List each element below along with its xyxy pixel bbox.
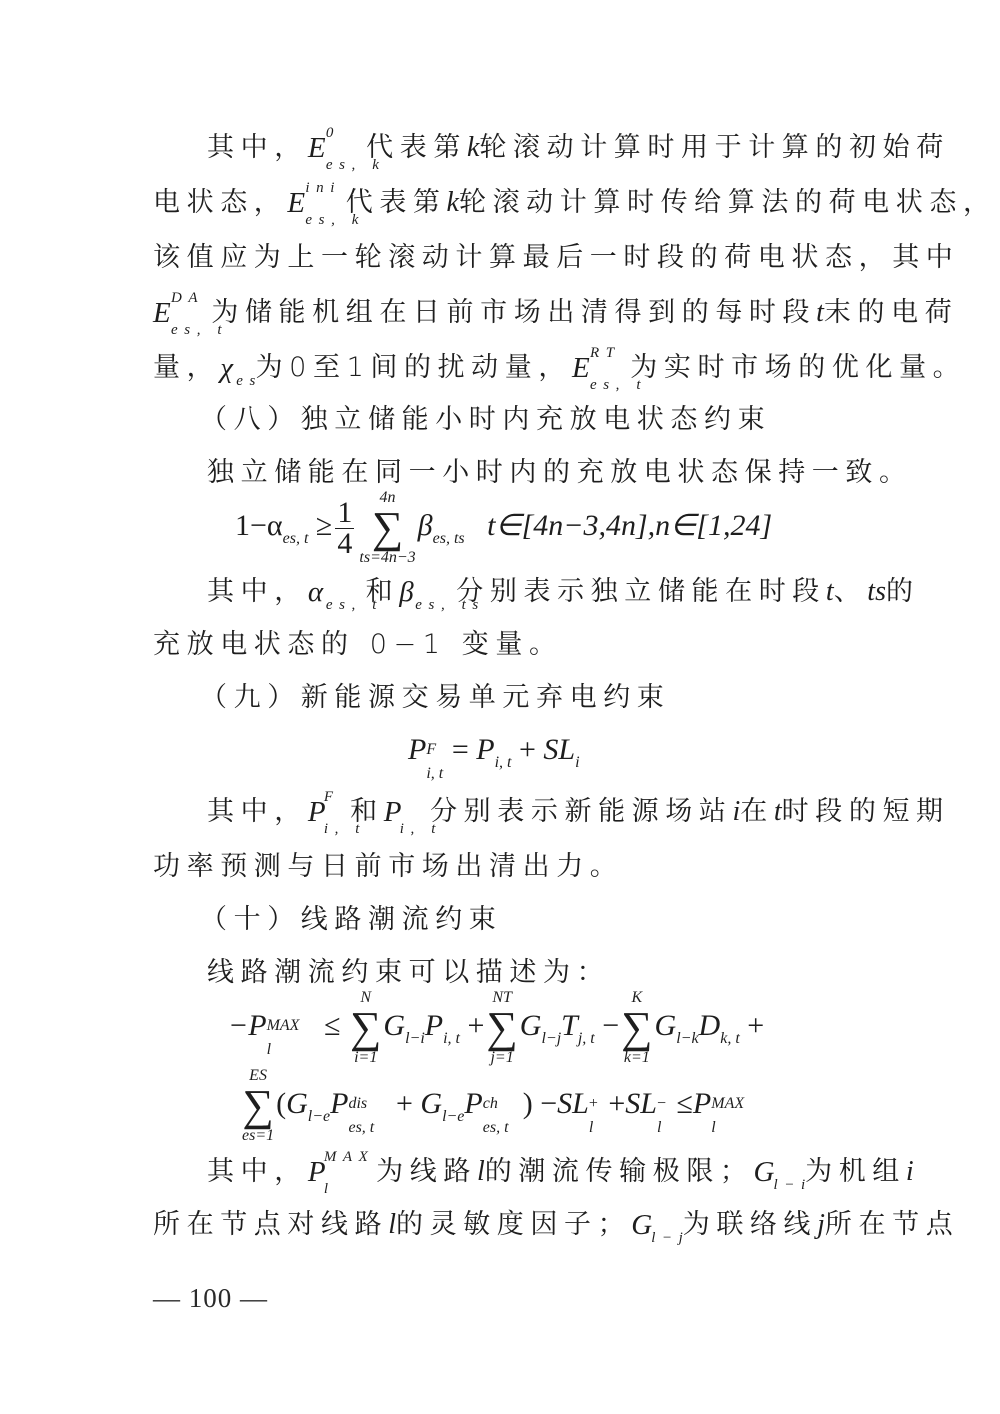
section-heading-8: （八）独立储能小时内充放电状态约束	[200, 400, 890, 440]
math-ERT: ERTes, t	[572, 354, 630, 383]
math-beta: βes, ts	[399, 578, 456, 607]
text: 0	[289, 352, 313, 383]
section-8-explain: 其中，αes, t和βes, ts分别表示独立储能在时段t、ts的	[207, 572, 897, 612]
section-10-intro: 线路潮流约束可以描述为：	[207, 953, 897, 993]
section-heading-10: （十）线路潮流约束	[200, 900, 890, 940]
math-pf: PFi, t	[308, 798, 350, 827]
paragraph-line: 该值应为上一轮滚动计算最后一时段的荷电状态，其中	[153, 238, 843, 278]
math-k: k	[447, 187, 459, 218]
math-EDA: EDAes, t	[153, 299, 211, 328]
math-pmax: PMAXl	[308, 1158, 376, 1187]
section-heading-9: （九）新能源交易单元弃电约束	[200, 678, 890, 718]
document-page: 其中，E0es, k代表第k轮滚动计算时用于计算的初始荷 电状态，Einies,…	[0, 0, 1000, 1414]
text: 1	[347, 352, 371, 383]
math-alpha: αes, t	[308, 578, 366, 607]
math-E0: E0es, k	[308, 134, 366, 163]
text: 其中，	[207, 132, 308, 163]
math-glj: Gl−j	[631, 1211, 683, 1240]
math-p: Pi, t	[384, 798, 430, 827]
paragraph-line: 电状态，Einies, k代表第k轮滚动计算时传给算法的荷电状态，	[153, 183, 843, 223]
section-9-explain-line2: 功率预测与日前市场出清出力。	[153, 847, 843, 887]
paragraph-line: 其中，E0es, k代表第k轮滚动计算时用于计算的初始荷	[207, 128, 897, 168]
section-9-explain: 其中，PFi, t和Pi, t分别表示新能源场站i在t时段的短期	[207, 792, 897, 832]
paragraph-line: 量，χes为0至1间的扰动量，ERTes, t为实时市场的优化量。	[153, 348, 843, 388]
text: 轮滚动计算时用于计算的初始荷	[479, 132, 949, 163]
section-8-intro: 独立储能在同一小时内的充放电状态保持一致。	[207, 453, 897, 493]
math-chi: χes	[220, 354, 255, 383]
text: 轮滚动计算时传给算法的荷电状态，	[459, 187, 997, 218]
equation-9: PFi, t = Pi, t + SLi	[408, 733, 580, 772]
text: 至	[313, 352, 347, 383]
math-Eini: Einies, k	[287, 189, 345, 218]
text: 为实时市场的优化量。	[630, 352, 966, 383]
text: 电状态，	[153, 187, 287, 218]
text: 为储能机组在日前市场出清得到的每时段	[211, 297, 816, 328]
text: 量，	[153, 352, 220, 383]
section-10-explain-line2: 所在节点对线路l的灵敏度因子；Gl−j为联络线j所在节点	[153, 1205, 843, 1245]
page-number: — 100 —	[153, 1283, 268, 1314]
text: 间的扰动量，	[370, 352, 572, 383]
math-gli: Gl−i	[754, 1158, 806, 1187]
math-k: k	[467, 132, 479, 163]
math-t: t	[816, 297, 824, 328]
paragraph-line: EDAes, t为储能机组在日前市场出清得到的每时段t末的电荷	[153, 293, 843, 333]
equation-8: 1−αes, t ≥144n∑ts=4n−3βes, ts t∈[4n−3,4n…	[235, 490, 772, 566]
equation-10-line2: ES∑es=1(Gl−ePdises, t + Gl−ePches, t) −S…	[240, 1068, 761, 1144]
section-10-explain: 其中，PMAXl为线路l的潮流传输极限；Gl−i为机组i	[207, 1152, 897, 1192]
text: 末的电荷	[824, 297, 958, 328]
equation-10-line1: −PMAXl ≤ N∑i=1Gl−iPi, t +NT∑j=1Gl−jTj, t…	[228, 990, 764, 1066]
text: 该值应为上一轮滚动计算最后一时段的荷电状态，其中	[153, 242, 959, 273]
section-8-explain-line2: 充放电状态的 0−1 变量。	[153, 625, 843, 665]
